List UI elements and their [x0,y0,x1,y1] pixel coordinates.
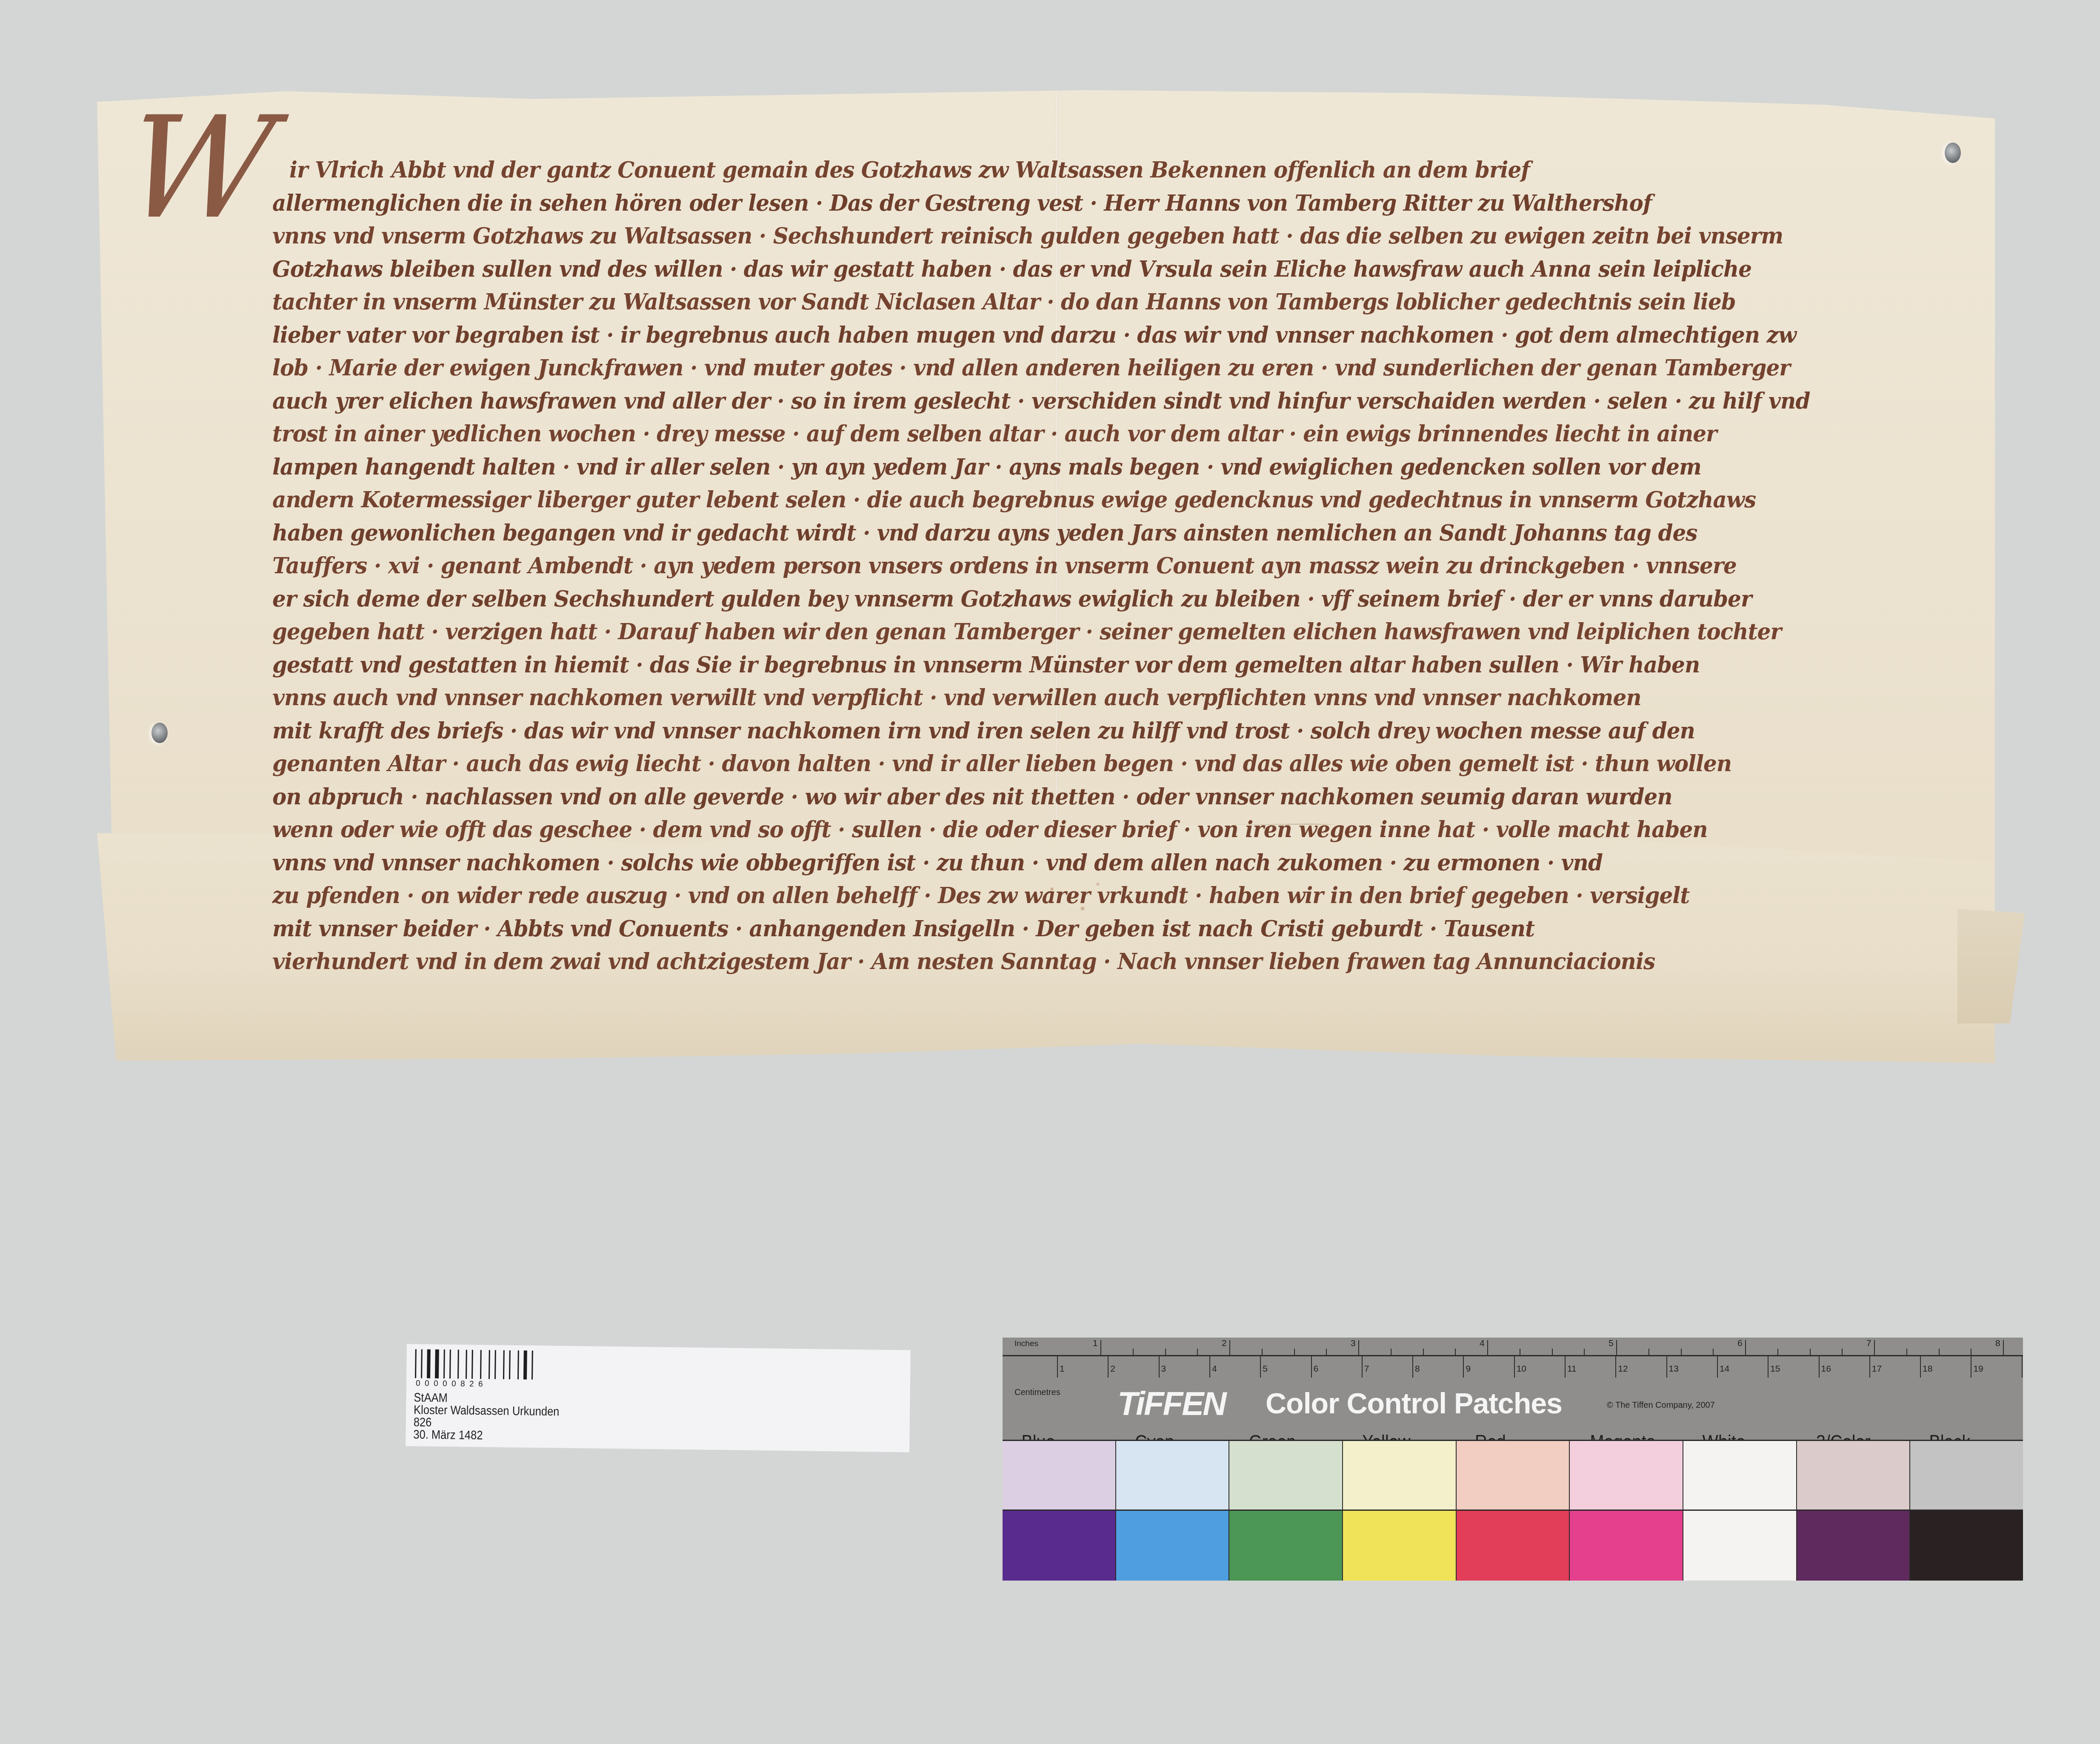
cm-tick [1057,1356,1058,1378]
ruler: Inches 123456781234567891011121314151617… [1003,1338,2023,1384]
barcode-digit: 6 [478,1380,483,1389]
inch-number: 8 [1995,1338,2000,1349]
patch-light-black [1909,1441,2023,1511]
cm-number: 1 [1060,1364,1065,1374]
barcode-bar [503,1350,505,1379]
cm-tick [1768,1356,1769,1378]
inch-tick [1777,1349,1778,1355]
chart-copyright: © The Tiffen Company, 2007 [1607,1401,1715,1410]
barcode-digit: 2 [469,1380,474,1389]
cm-tick [1108,1356,1109,1378]
barcode-bar [449,1349,451,1378]
inch-number: 6 [1737,1338,1743,1349]
charter-text: ir Vlrich Abbt vnd der gantz Conuent gem… [272,153,1923,978]
patch-light-cyan [1115,1441,1229,1511]
inch-tick [1745,1340,1746,1355]
charter-line: wenn oder wie offt das geschee · dem vnd… [272,812,1923,846]
cm-tick [1362,1356,1363,1378]
barcode-bar [415,1349,417,1378]
inch-tick [1262,1349,1263,1355]
inch-tick [1100,1340,1101,1355]
barcode-bar [443,1349,445,1378]
cm-number: 8 [1415,1364,1420,1374]
charter-line: vnns vnd vnserm Gotzhaws zu Waltsassen ·… [272,218,1923,253]
patch-dark-blue [1003,1511,1115,1581]
patch-light-red [1456,1441,1569,1511]
charter-line: lampen hangendt halten · vnd ir aller se… [272,449,1923,484]
patch-dark-green [1229,1511,1342,1581]
inch-tick [1552,1349,1553,1355]
barcode-digit: 0 [451,1379,456,1389]
patch-dark-black [1909,1511,2023,1581]
patch-dark-cyan [1115,1511,1229,1581]
cm-number: 7 [1364,1364,1369,1374]
cm-tick [1311,1356,1312,1378]
barcode-bar [427,1349,431,1378]
inch-tick [1133,1349,1134,1355]
inch-tick [1842,1349,1843,1355]
barcode-bar [489,1350,490,1379]
inch-tick [1906,1349,1907,1355]
inch-tick [1358,1340,1359,1355]
patch-dark-red [1456,1511,1569,1581]
patch-light-yellow [1342,1441,1456,1511]
charter-line: allermenglichen die in sehen hören oder … [272,186,1923,220]
inch-number: 4 [1480,1338,1485,1349]
patch-light-white [1683,1441,1796,1511]
barcode-bar [466,1350,467,1379]
inch-tick [1971,1349,1971,1355]
patch-light-blue [1003,1441,1115,1511]
chart-title: Color Control Patches [1266,1387,1562,1420]
barcode-bar [457,1349,459,1378]
cm-number: 12 [1618,1364,1628,1374]
charter-line: mit krafft des briefs · das wir vnd vnns… [272,713,1923,748]
charter-line: gestatt vnd gestatten in hiemit · das Si… [272,647,1923,682]
cm-tick [1920,1356,1921,1378]
cm-tick [1819,1356,1820,1378]
barcode-bar [494,1350,496,1379]
light-patches [1003,1440,2023,1511]
charter-line: on abpruch · nachlassen vnd on alle geve… [272,779,1923,814]
inch-tick [1584,1349,1585,1355]
inch-number: 7 [1866,1338,1871,1349]
patch-light-green [1229,1441,1342,1511]
tiffen-logo: TiFFEN [1117,1384,1226,1423]
inch-number: 2 [1222,1338,1227,1349]
inch-tick [1681,1349,1682,1355]
charter-line: Gotzhaws bleiben sullen vnd des willen ·… [272,252,1923,286]
charter-date: 30. März 1482 [413,1429,559,1443]
inch-tick [1487,1340,1488,1355]
inch-tick [1939,1349,1940,1355]
cm-tick [1869,1356,1870,1378]
patch-light-3-color [1796,1441,1910,1511]
cm-number: 6 [1314,1364,1319,1374]
decorated-initial: W [118,98,282,238]
patch-dark-white [1683,1511,1796,1581]
charter-line: vnns auch vnd vnnser nachkomen verwillt … [272,680,1923,715]
patch-dark-yellow [1342,1511,1456,1581]
barcode-digit: 0 [434,1379,438,1389]
charter-line: genanten Altar · auch das ewig liecht · … [272,746,1923,781]
charter-line: tachter in vnserm Münster zu Waltsassen … [272,284,1923,319]
barcode-bar [435,1349,439,1378]
patch-dark-3-color [1796,1511,1910,1581]
cm-number: 9 [1466,1364,1471,1374]
cm-number: 16 [1821,1364,1831,1374]
cm-number: 10 [1517,1364,1526,1374]
patch-dark-magenta [1569,1511,1683,1581]
cm-tick [1209,1356,1210,1378]
barcode-digit: 0 [425,1379,429,1389]
charter-line: ir Vlrich Abbt vnd der gantz Conuent gem… [289,152,1923,187]
barcode-number: 00000826 [416,1379,483,1389]
cm-tick [1717,1356,1718,1378]
cm-tick [1412,1356,1413,1378]
cm-number: 4 [1212,1364,1217,1374]
inch-tick [1649,1349,1649,1355]
inch-tick [1874,1340,1875,1355]
cm-tick [1159,1356,1160,1378]
inch-tick [1423,1349,1424,1355]
collection-name: Kloster Waldsassen Urkunden [414,1404,560,1418]
inch-tick [1294,1349,1295,1355]
cm-tick [1463,1356,1464,1378]
cm-number: 14 [1720,1364,1729,1374]
inch-number: 3 [1351,1338,1356,1349]
barcode-bar [421,1349,423,1378]
barcode-digit: 0 [443,1379,447,1389]
inch-tick [1455,1349,1456,1355]
charter-line: haben gewonlichen begangen vnd ir gedach… [272,515,1923,550]
charter-line: trost in ainer yedlichen wochen · drey m… [272,416,1923,451]
cm-number: 15 [1770,1364,1780,1374]
centimetres-label: Centimetres [1014,1388,1060,1398]
charter-line: Tauffers · xvi · genant Ambendt · ayn ye… [272,548,1923,583]
charter-line: vierhundert vnd in dem zwai vnd achtzige… [272,944,1923,978]
cm-number: 2 [1110,1364,1115,1374]
charter-line: er sich deme der selben Sechshundert gul… [272,581,1923,616]
cm-tick [1666,1356,1667,1378]
barcode-bar [480,1350,482,1379]
charter-line: vnns vnd vnnser nachkomen · solchs wie o… [272,845,1923,880]
color-control-chart: Inches 123456781234567891011121314151617… [1003,1338,2023,1579]
archive-label: 00000826 StAAM Kloster Waldsassen Urkund… [406,1344,911,1452]
cm-tick [1260,1356,1261,1378]
inch-tick [1713,1349,1714,1355]
inch-number: 1 [1093,1338,1098,1349]
cm-tick [1971,1356,1971,1378]
cm-number: 18 [1923,1364,1932,1374]
barcode-bar [531,1351,533,1380]
inch-tick [1616,1340,1617,1355]
cm-tick [1565,1356,1566,1378]
barcode-digit: 0 [416,1379,420,1388]
cm-number: 11 [1567,1364,1577,1374]
cm-tick [1514,1356,1515,1378]
cm-number: 3 [1161,1364,1166,1374]
charter-line: lieber vater vor begraben ist · ir begre… [272,317,1923,352]
charter-line: lob · Marie der ewigen Junckfrawen · vnd… [272,350,1923,385]
barcode-bar [471,1350,473,1379]
inch-tick [1229,1340,1230,1355]
inch-tick [1391,1349,1391,1355]
charter-line: andern Kotermessiger liberger guter lebe… [272,482,1923,517]
charter-line: mit vnnser beider · Abbts vnd Conuents ·… [272,911,1923,946]
cm-number: 19 [1973,1364,1983,1374]
inch-tick [1326,1349,1327,1355]
inch-number: 5 [1609,1338,1614,1349]
inch-tick [2003,1340,2004,1355]
charter-line: gegeben hatt · verzigen hatt · Darauf ha… [272,614,1923,649]
dark-patches [1003,1510,2023,1581]
barcode-bar [509,1350,511,1379]
barcode-bar [517,1350,519,1379]
inches-label: Inches [1014,1339,1038,1349]
cm-tick [2022,1356,2023,1378]
cm-number: 5 [1263,1364,1268,1374]
barcode-bar [523,1350,527,1379]
inch-tick [1520,1349,1520,1355]
cm-number: 13 [1669,1364,1679,1374]
barcode-digit: 8 [460,1380,465,1389]
mounting-pin-right-icon [1945,143,1961,163]
mounting-pin-left-icon [151,723,168,743]
patch-light-magenta [1569,1441,1683,1511]
plica-flap [1957,909,2025,1024]
inch-tick [1810,1349,1811,1355]
inch-tick [1197,1349,1198,1355]
barcode-icon [415,1349,536,1379]
inch-tick [1165,1349,1166,1355]
cm-number: 17 [1872,1364,1882,1374]
charter-line: zu pfenden · on wider rede auszug · vnd … [272,878,1923,912]
cm-tick [1615,1356,1616,1378]
charter-line: auch yrer elichen hawsfrawen vnd aller d… [272,383,1923,418]
